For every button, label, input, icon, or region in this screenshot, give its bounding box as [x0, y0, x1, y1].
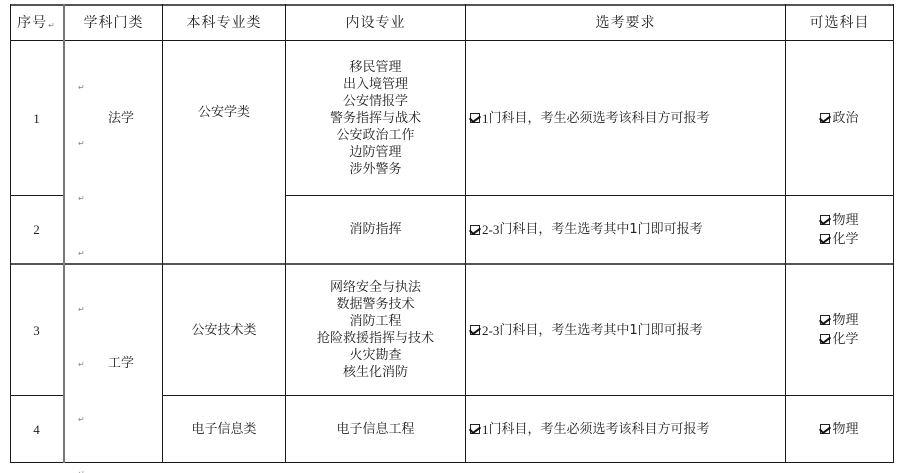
checkbox-checked-icon	[820, 315, 830, 325]
requirement-count: 2-3	[482, 322, 499, 339]
subjects-row-2: 物理 化学	[786, 196, 893, 263]
subject-label: 化学	[832, 332, 858, 347]
row-index-3: 3	[10, 265, 63, 395]
checkbox-checked-icon	[820, 424, 830, 434]
subject-item: 化学	[820, 230, 858, 249]
major-item: 火灾勘查	[349, 347, 401, 364]
subject-item: 化学	[820, 330, 858, 349]
subject-label: 物理	[832, 213, 858, 228]
major-item: 警务指挥与战术	[330, 110, 421, 127]
requirement-row-2: 2-3门科目，考生选考其中1门即可报考	[466, 196, 785, 263]
discipline-engineering: 工学	[80, 265, 162, 462]
checkbox-checked-icon	[470, 325, 480, 335]
return-mark-icon: ↵	[78, 306, 85, 314]
major-item: 消防工程	[349, 313, 401, 330]
return-mark-icon: ↵	[78, 416, 85, 424]
major-item: 网络安全与执法	[330, 279, 421, 296]
row-index-4: 4	[10, 396, 63, 462]
header-category: 本科专业类	[163, 6, 285, 40]
discipline-engineering-label: 工学	[108, 355, 134, 372]
header-index: 序号↵	[10, 6, 63, 40]
return-mark-icon: ↵	[78, 84, 85, 92]
header-index-label: 序号	[17, 15, 47, 32]
majors-row-4: 电子信息工程	[286, 396, 465, 462]
category-electronic-info: 电子信息类	[163, 396, 285, 462]
table-bottom-border	[10, 462, 894, 463]
subjects-row-1: 政治	[786, 41, 893, 195]
checkbox-checked-icon	[820, 234, 830, 244]
row-index-2: 2	[10, 196, 63, 263]
subject-label: 政治	[832, 111, 858, 126]
category-public-security-tech: 公安技术类	[163, 265, 285, 395]
major-item: 边防管理	[349, 144, 401, 161]
subject-label: 化学	[832, 232, 858, 247]
subject-item: 物理	[820, 311, 858, 330]
major-item: 出入境管理	[343, 76, 408, 93]
return-mark-icon: ↵	[78, 140, 85, 148]
header-discipline: 学科门类	[65, 6, 162, 40]
majors-row-1: 移民管理 出入境管理 公安情报学 警务指挥与战术 公安政治工作 边防管理 涉外警…	[286, 41, 465, 195]
major-item: 电子信息工程	[336, 421, 414, 438]
subject-label: 物理	[832, 313, 858, 328]
requirement-count: 2-3	[482, 221, 499, 238]
requirement-text: 门科目，考生选考其中1门即可报考	[499, 221, 702, 238]
subject-item: 政治	[820, 109, 858, 128]
requirement-row-3: 2-3门科目，考生选考其中1门即可报考	[466, 265, 785, 395]
category-public-security: 公安学类	[163, 41, 285, 263]
majors-row-2: 消防指挥	[286, 196, 465, 263]
table-right-border	[893, 4, 894, 463]
checkbox-checked-icon	[820, 113, 830, 123]
major-item: 数据警务技术	[336, 296, 414, 313]
major-item: 移民管理	[349, 59, 401, 76]
checkbox-checked-icon	[470, 225, 480, 235]
requirement-text: 门科目，考生必须选考该科目方可报考	[489, 110, 710, 127]
majors-row-3: 网络安全与执法 数据警务技术 消防工程 抢险救援指挥与技术 火灾勘查 核生化消防	[286, 265, 465, 395]
return-mark-icon: ↵	[78, 195, 85, 203]
subject-requirements-table: 序号↵ 学科门类 本科专业类 内设专业 选考要求 可选科目 1 2 3 4 法学…	[10, 4, 894, 462]
major-item: 消防指挥	[349, 221, 401, 238]
return-mark-icon: ↵	[48, 22, 56, 30]
subject-item: 物理	[820, 211, 858, 230]
checkbox-checked-icon	[820, 215, 830, 225]
requirement-row-1: 1门科目，考生必须选考该科目方可报考	[466, 41, 785, 195]
subjects-row-4: 物理	[786, 396, 893, 462]
checkbox-checked-icon	[820, 334, 830, 344]
major-item: 公安情报学	[343, 93, 408, 110]
checkbox-checked-icon	[470, 424, 480, 434]
category-public-security-label: 公安学类	[198, 104, 250, 121]
header-majors: 内设专业	[286, 6, 465, 40]
major-item: 核生化消防	[343, 364, 408, 381]
subjects-row-3: 物理 化学	[786, 265, 893, 395]
requirement-text: 门科目，考生必须选考该科目方可报考	[489, 421, 710, 438]
requirement-text: 门科目，考生选考其中1门即可报考	[499, 322, 702, 339]
header-subjects: 可选科目	[786, 6, 893, 40]
return-mark-icon: ↵	[78, 250, 85, 258]
major-item: 抢险救援指挥与技术	[317, 330, 434, 347]
subject-label: 物理	[832, 422, 858, 437]
col-divider-1	[63, 4, 65, 463]
checkbox-checked-icon	[470, 113, 480, 123]
row-index-1: 1	[10, 41, 63, 195]
discipline-law: 法学	[80, 41, 162, 195]
header-requirement: 选考要求	[466, 6, 785, 40]
return-mark-icon: ↵	[78, 361, 85, 369]
major-item: 公安政治工作	[336, 127, 414, 144]
major-item: 涉外警务	[349, 161, 401, 178]
requirement-row-4: 1门科目，考生必须选考该科目方可报考	[466, 396, 785, 462]
subject-item: 物理	[820, 420, 858, 439]
